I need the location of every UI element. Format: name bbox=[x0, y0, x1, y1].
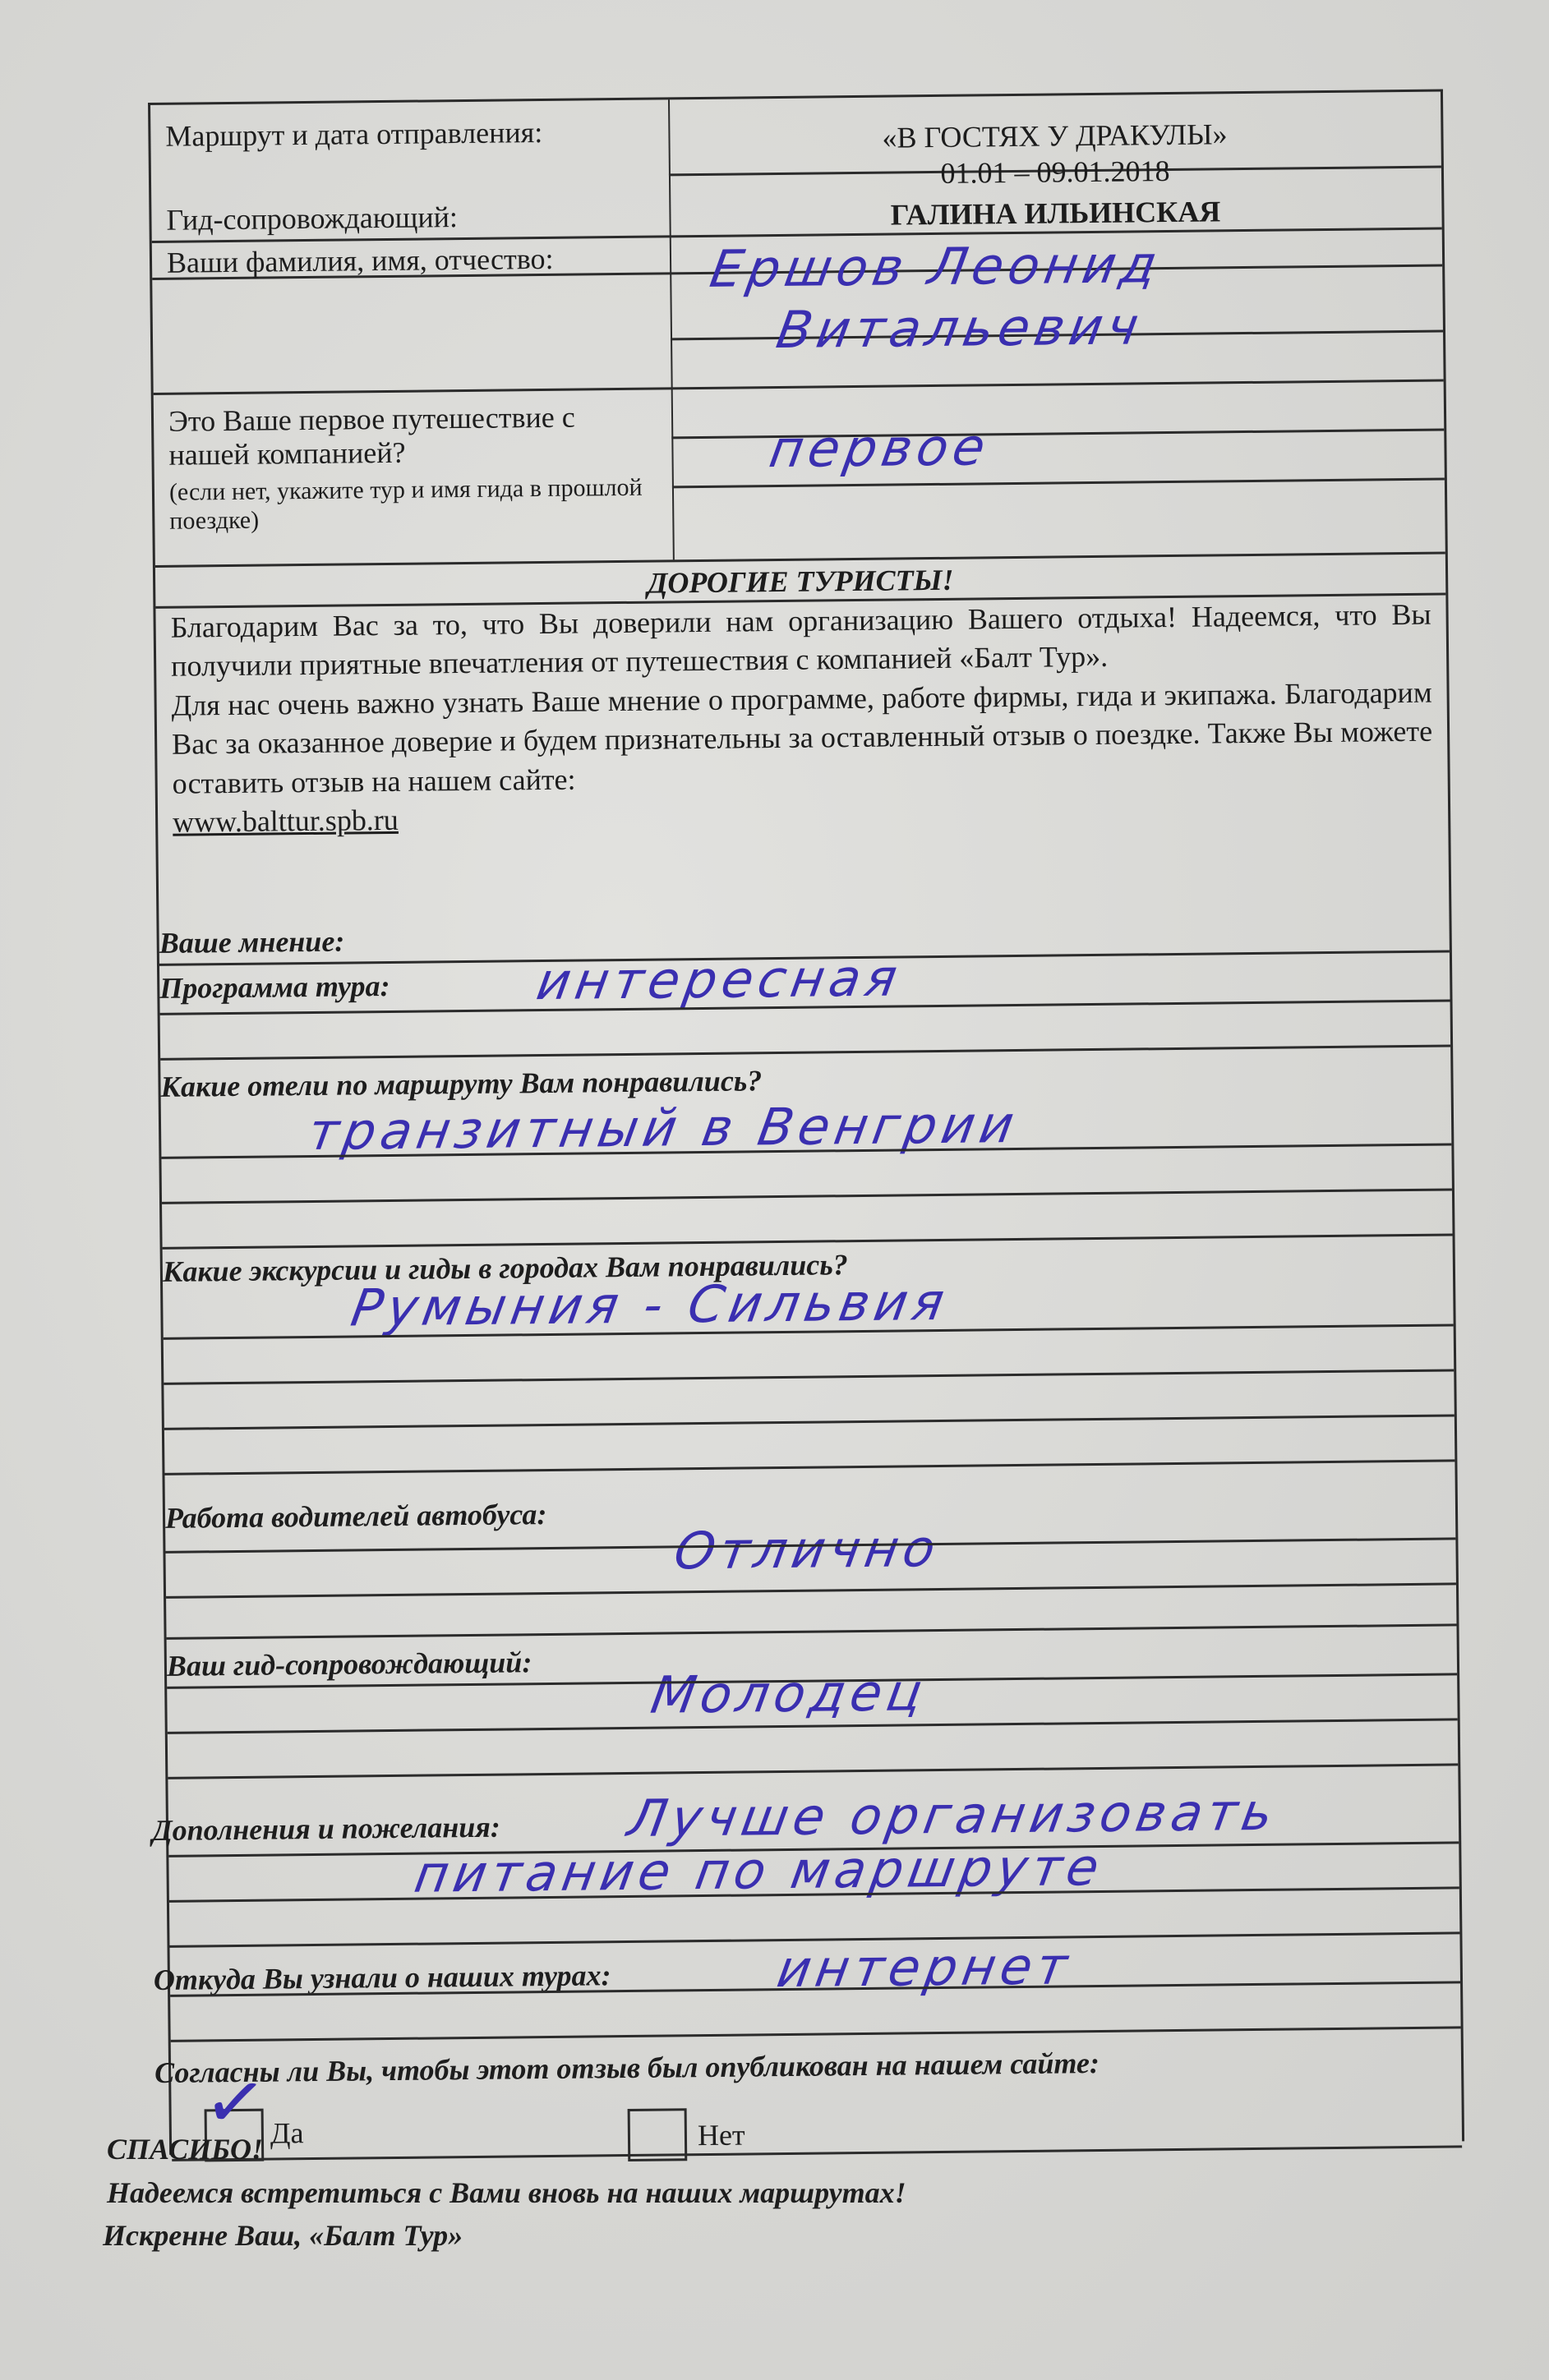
consent-no-label: Нет bbox=[698, 2119, 745, 2153]
divider bbox=[166, 1582, 1456, 1598]
footer-thanks: СПАСИБО! bbox=[107, 2132, 263, 2166]
feedback-form-sheet: Маршрут и дата отправления: «В ГОСТЯХ У … bbox=[0, 0, 1549, 2380]
footer-line1: Надеемся встретиться с Вами вновь на наш… bbox=[107, 2175, 906, 2210]
route-dates: 01.01 – 09.01.2018 bbox=[669, 151, 1441, 194]
fullname-value-line1[interactable]: Ершов Леонид bbox=[706, 234, 1166, 299]
answer-drivers[interactable]: Отлично bbox=[670, 1518, 944, 1581]
guide-label: Гид-сопровождающий: bbox=[166, 200, 458, 237]
feedback-form: Маршрут и дата отправления: «В ГОСТЯХ У … bbox=[148, 89, 1464, 2154]
first-trip-label: Это Ваше первое путешествие с нашей комп… bbox=[168, 400, 654, 473]
answer-excursions[interactable]: Румыния - Сильвия bbox=[347, 1272, 953, 1338]
opinion-section-label: Ваше мнение: bbox=[159, 925, 345, 961]
divider bbox=[154, 380, 1444, 395]
divider bbox=[162, 1188, 1452, 1204]
divider bbox=[168, 1763, 1458, 1779]
divider bbox=[164, 1369, 1454, 1384]
divider bbox=[164, 1459, 1454, 1475]
first-trip-value[interactable]: первое bbox=[765, 417, 994, 479]
divider bbox=[167, 1623, 1457, 1639]
answer-program[interactable]: интересная bbox=[532, 947, 906, 1011]
question-label-guide: Ваш гид-сопровождающий: bbox=[167, 1646, 532, 1683]
divider bbox=[164, 1414, 1454, 1429]
intro-block: ДОРОГИЕ ТУРИСТЫ! Благодарим Вас за то, ч… bbox=[170, 556, 1433, 843]
question-label-drivers: Работа водителей автобуса: bbox=[165, 1498, 547, 1535]
route-title: «В ГОСТЯХ У ДРАКУЛЫ» bbox=[668, 115, 1441, 158]
intro-paragraph-2: Для нас очень важно узнать Ваше мнение о… bbox=[171, 673, 1432, 803]
fullname-label: Ваши фамилия, имя, отчество: bbox=[167, 242, 554, 280]
form-bottom-border bbox=[172, 2145, 1462, 2161]
divider bbox=[160, 1044, 1450, 1060]
route-label: Маршрут и дата отправления: bbox=[165, 116, 542, 154]
website-link[interactable]: www.balttur.spb.ru bbox=[173, 803, 399, 839]
divider bbox=[171, 2026, 1461, 2042]
divider bbox=[163, 1233, 1453, 1249]
consent-question: Согласны ли Вы, чтобы этот отзыв был опу… bbox=[154, 2046, 1100, 2090]
fullname-value-line2[interactable]: Витальевич bbox=[772, 296, 1148, 360]
intro-paragraph-1: Благодарим Вас за то, что Вы доверили на… bbox=[170, 595, 1431, 686]
question-label-program: Программа тура: bbox=[159, 969, 390, 1006]
question-label-wishes: Дополнения и пожелания: bbox=[152, 1811, 500, 1848]
footer-line2: Искренне Ваш, «Балт Тур» bbox=[103, 2218, 463, 2253]
divider bbox=[672, 478, 1445, 489]
first-trip-hint: (если нет, укажите тур и имя гида в прош… bbox=[169, 474, 655, 536]
answer-guide[interactable]: Молодец bbox=[647, 1662, 931, 1725]
consent-yes-label: Да bbox=[270, 2116, 304, 2151]
